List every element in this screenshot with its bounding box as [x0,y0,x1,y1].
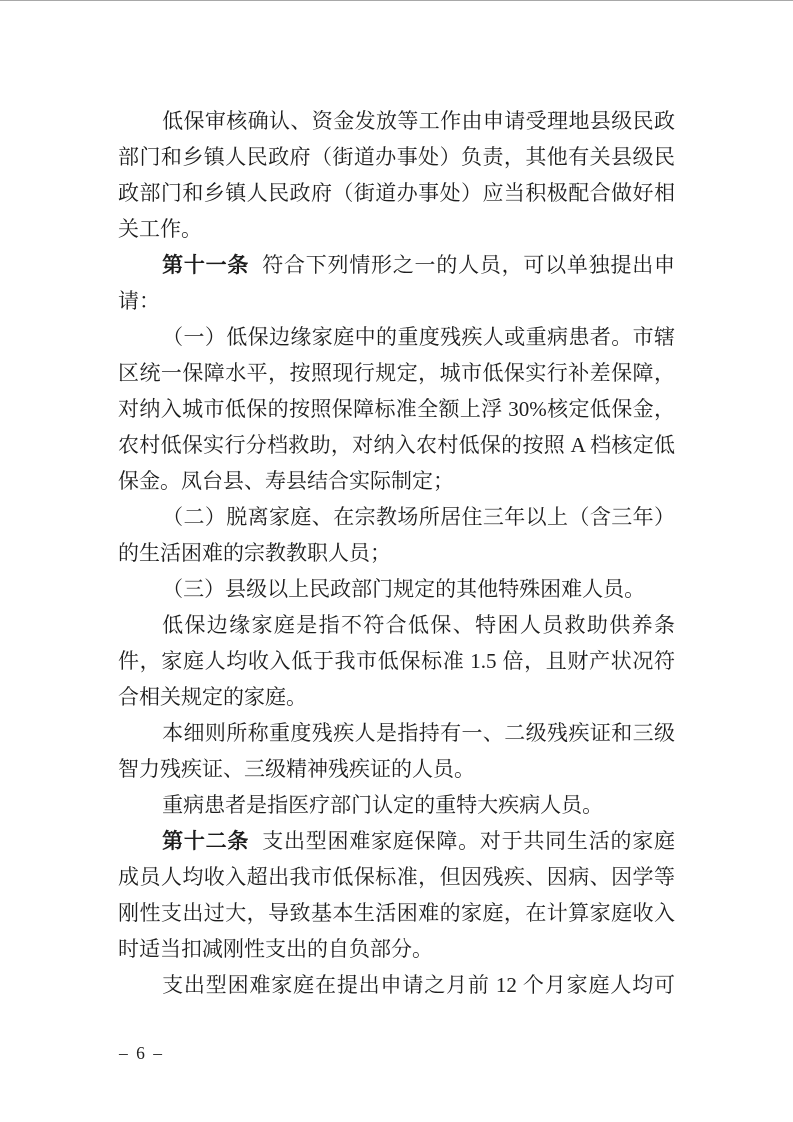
paragraph: 低保边缘家庭是指不符合低保、特困人员救助供养条 件，家庭人均收入低于我市低保标准… [118,607,675,715]
text-line: 低保边缘家庭是指不符合低保、特困人员救助供养条 [118,607,675,643]
paragraph: 支出型困难家庭在提出申请之月前 12 个月家庭人均可 [118,967,675,1003]
text-line: （一）低保边缘家庭中的重度残疾人或重病患者。市辖 [118,319,675,355]
text-line: 对纳入城市低保的按照保障标准全额上浮 30%核定低保金， [118,391,675,427]
text-line: 件，家庭人均收入低于我市低保标准 1.5 倍，且财产状况符 [118,643,675,679]
text-line: 的生活困难的宗教教职人员； [118,535,675,571]
text-line: 农村低保实行分档救助，对纳入农村低保的按照 A 档核定低 [118,427,675,463]
text-line: 政部门和乡镇人民政府（街道办事处）应当积极配合做好相 [118,175,675,211]
text-line: （二）脱离家庭、在宗教场所居住三年以上（含三年） [118,499,675,535]
text-line: 刚性支出过大，导致基本生活困难的家庭，在计算家庭收入 [118,895,675,931]
text-line: 支出型困难家庭在提出申请之月前 12 个月家庭人均可 [118,967,675,1003]
text-line: 智力残疾证、三级精神残疾证的人员。 [118,751,675,787]
paragraph: 低保审核确认、资金发放等工作由申请受理地县级民政 部门和乡镇人民政府（街道办事处… [118,103,675,247]
text-line: 低保审核确认、资金发放等工作由申请受理地县级民政 [118,103,675,139]
text-line: 第十二条支出型困难家庭保障。对于共同生活的家庭 [118,823,675,859]
text-line: 保金。凤台县、寿县结合实际制定； [118,463,675,499]
text-line: 区统一保障水平，按照现行规定，城市低保实行补差保障， [118,355,675,391]
article-text: 符合下列情形之一的人员，可以单独提出申 [262,253,675,277]
article-number-bold: 第十一条 [162,253,249,277]
text-line: 请： [118,283,675,319]
paragraph: 本细则所称重度残疾人是指持有一、二级残疾证和三级 智力残疾证、三级精神残疾证的人… [118,715,675,787]
paragraph-item-2: （二）脱离家庭、在宗教场所居住三年以上（含三年） 的生活困难的宗教教职人员； [118,499,675,571]
scan-edge-line [0,0,793,1]
text-line: （三）县级以上民政部门规定的其他特殊困难人员。 [118,571,675,607]
text-line: 时适当扣减刚性支出的自负部分。 [118,931,675,967]
text-line: 合相关规定的家庭。 [118,679,675,715]
text-line: 部门和乡镇人民政府（街道办事处）负责，其他有关县级民 [118,139,675,175]
paragraph-article-11: 第十一条符合下列情形之一的人员，可以单独提出申 请： [118,247,675,319]
article-number-bold: 第十二条 [162,829,249,853]
article-text: 支出型困难家庭保障。对于共同生活的家庭 [262,829,675,853]
paragraph-item-1: （一）低保边缘家庭中的重度残疾人或重病患者。市辖 区统一保障水平，按照现行规定，… [118,319,675,499]
document-text-block: 低保审核确认、资金发放等工作由申请受理地县级民政 部门和乡镇人民政府（街道办事处… [118,103,675,1003]
page-number: – 6 – [119,1042,164,1064]
text-line: 本细则所称重度残疾人是指持有一、二级残疾证和三级 [118,715,675,751]
paragraph: 重病患者是指医疗部门认定的重特大疾病人员。 [118,787,675,823]
paragraph-article-12: 第十二条支出型困难家庭保障。对于共同生活的家庭 成员人均收入超出我市低保标准，但… [118,823,675,967]
text-line: 成员人均收入超出我市低保标准，但因残疾、因病、因学等 [118,859,675,895]
text-line: 关工作。 [118,211,675,247]
paragraph-item-3: （三）县级以上民政部门规定的其他特殊困难人员。 [118,571,675,607]
text-line: 重病患者是指医疗部门认定的重特大疾病人员。 [118,787,675,823]
text-line: 第十一条符合下列情形之一的人员，可以单独提出申 [118,247,675,283]
